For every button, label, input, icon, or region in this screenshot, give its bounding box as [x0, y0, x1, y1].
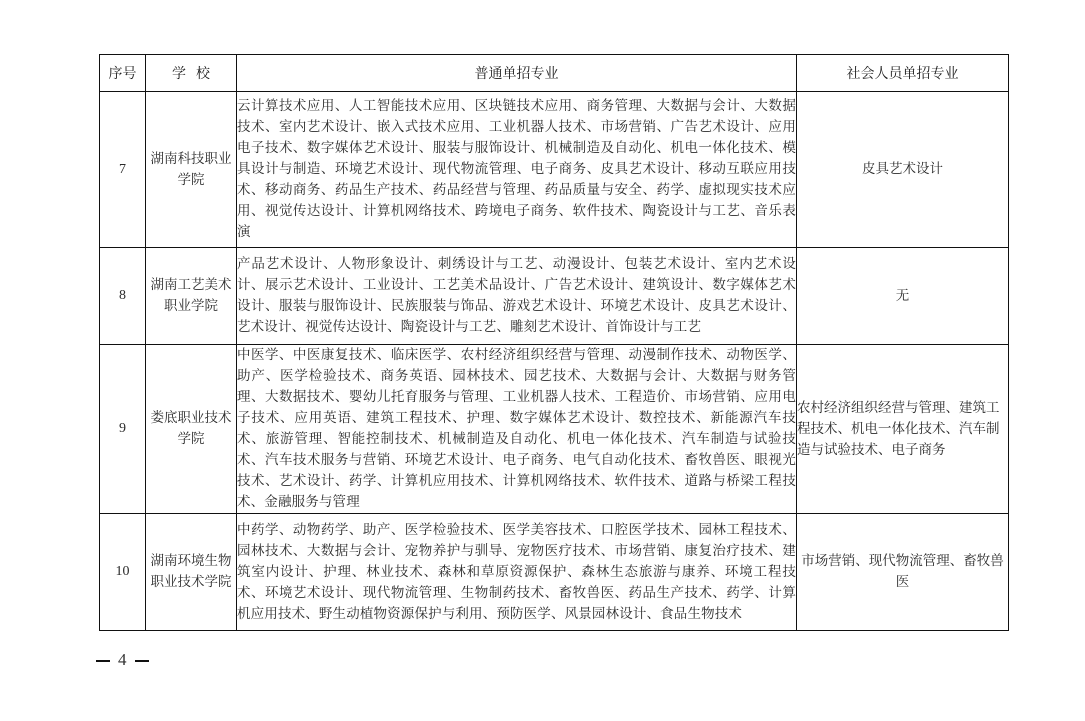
table-row: 7 湖南科技职业学院 云计算技术应用、人工智能技术应用、区块链技术应用、商务管理…: [100, 92, 1009, 248]
page-number: 4: [88, 650, 157, 670]
row-social: 皮具艺术设计: [797, 92, 1009, 248]
row-social: 农村经济组织经营与管理、建筑工程技术、机电一体化技术、汽车制造与试验技术、电子商…: [797, 345, 1009, 514]
row-social: 市场营销、现代物流管理、畜牧兽医: [797, 514, 1009, 631]
header-social: 社会人员单招专业: [797, 55, 1009, 92]
dash-left-icon: [96, 660, 110, 662]
row-school: 娄底职业技术学院: [146, 345, 237, 514]
dash-right-icon: [135, 660, 149, 662]
admissions-majors-table: 序号 学校 普通单招专业 社会人员单招专业 7 湖南科技职业学院 云计算技术应用…: [99, 54, 1009, 631]
row-num: 8: [100, 248, 146, 345]
header-majors: 普通单招专业: [237, 55, 797, 92]
table-row: 8 湖南工艺美术职业学院 产品艺术设计、人物形象设计、刺绣设计与工艺、动漫设计、…: [100, 248, 1009, 345]
row-school: 湖南工艺美术职业学院: [146, 248, 237, 345]
row-majors: 云计算技术应用、人工智能技术应用、区块链技术应用、商务管理、大数据与会计、大数据…: [237, 92, 797, 248]
row-school: 湖南环境生物职业技术学院: [146, 514, 237, 631]
row-majors: 中药学、动物药学、助产、医学检验技术、医学美容技术、口腔医学技术、园林工程技术、…: [237, 514, 797, 631]
row-num: 9: [100, 345, 146, 514]
row-school: 湖南科技职业学院: [146, 92, 237, 248]
row-num: 7: [100, 92, 146, 248]
header-num: 序号: [100, 55, 146, 92]
table-row: 9 娄底职业技术学院 中医学、中医康复技术、临床医学、农村经济组织经营与管理、动…: [100, 345, 1009, 514]
table-row: 10 湖南环境生物职业技术学院 中药学、动物药学、助产、医学检验技术、医学美容技…: [100, 514, 1009, 631]
row-majors: 产品艺术设计、人物形象设计、刺绣设计与工艺、动漫设计、包装艺术设计、室内艺术设计…: [237, 248, 797, 345]
row-social: 无: [797, 248, 1009, 345]
table-header-row: 序号 学校 普通单招专业 社会人员单招专业: [100, 55, 1009, 92]
page-number-value: 4: [118, 650, 127, 669]
header-school: 学校: [146, 55, 237, 92]
row-majors: 中医学、中医康复技术、临床医学、农村经济组织经营与管理、动漫制作技术、动物医学、…: [237, 345, 797, 514]
row-num: 10: [100, 514, 146, 631]
